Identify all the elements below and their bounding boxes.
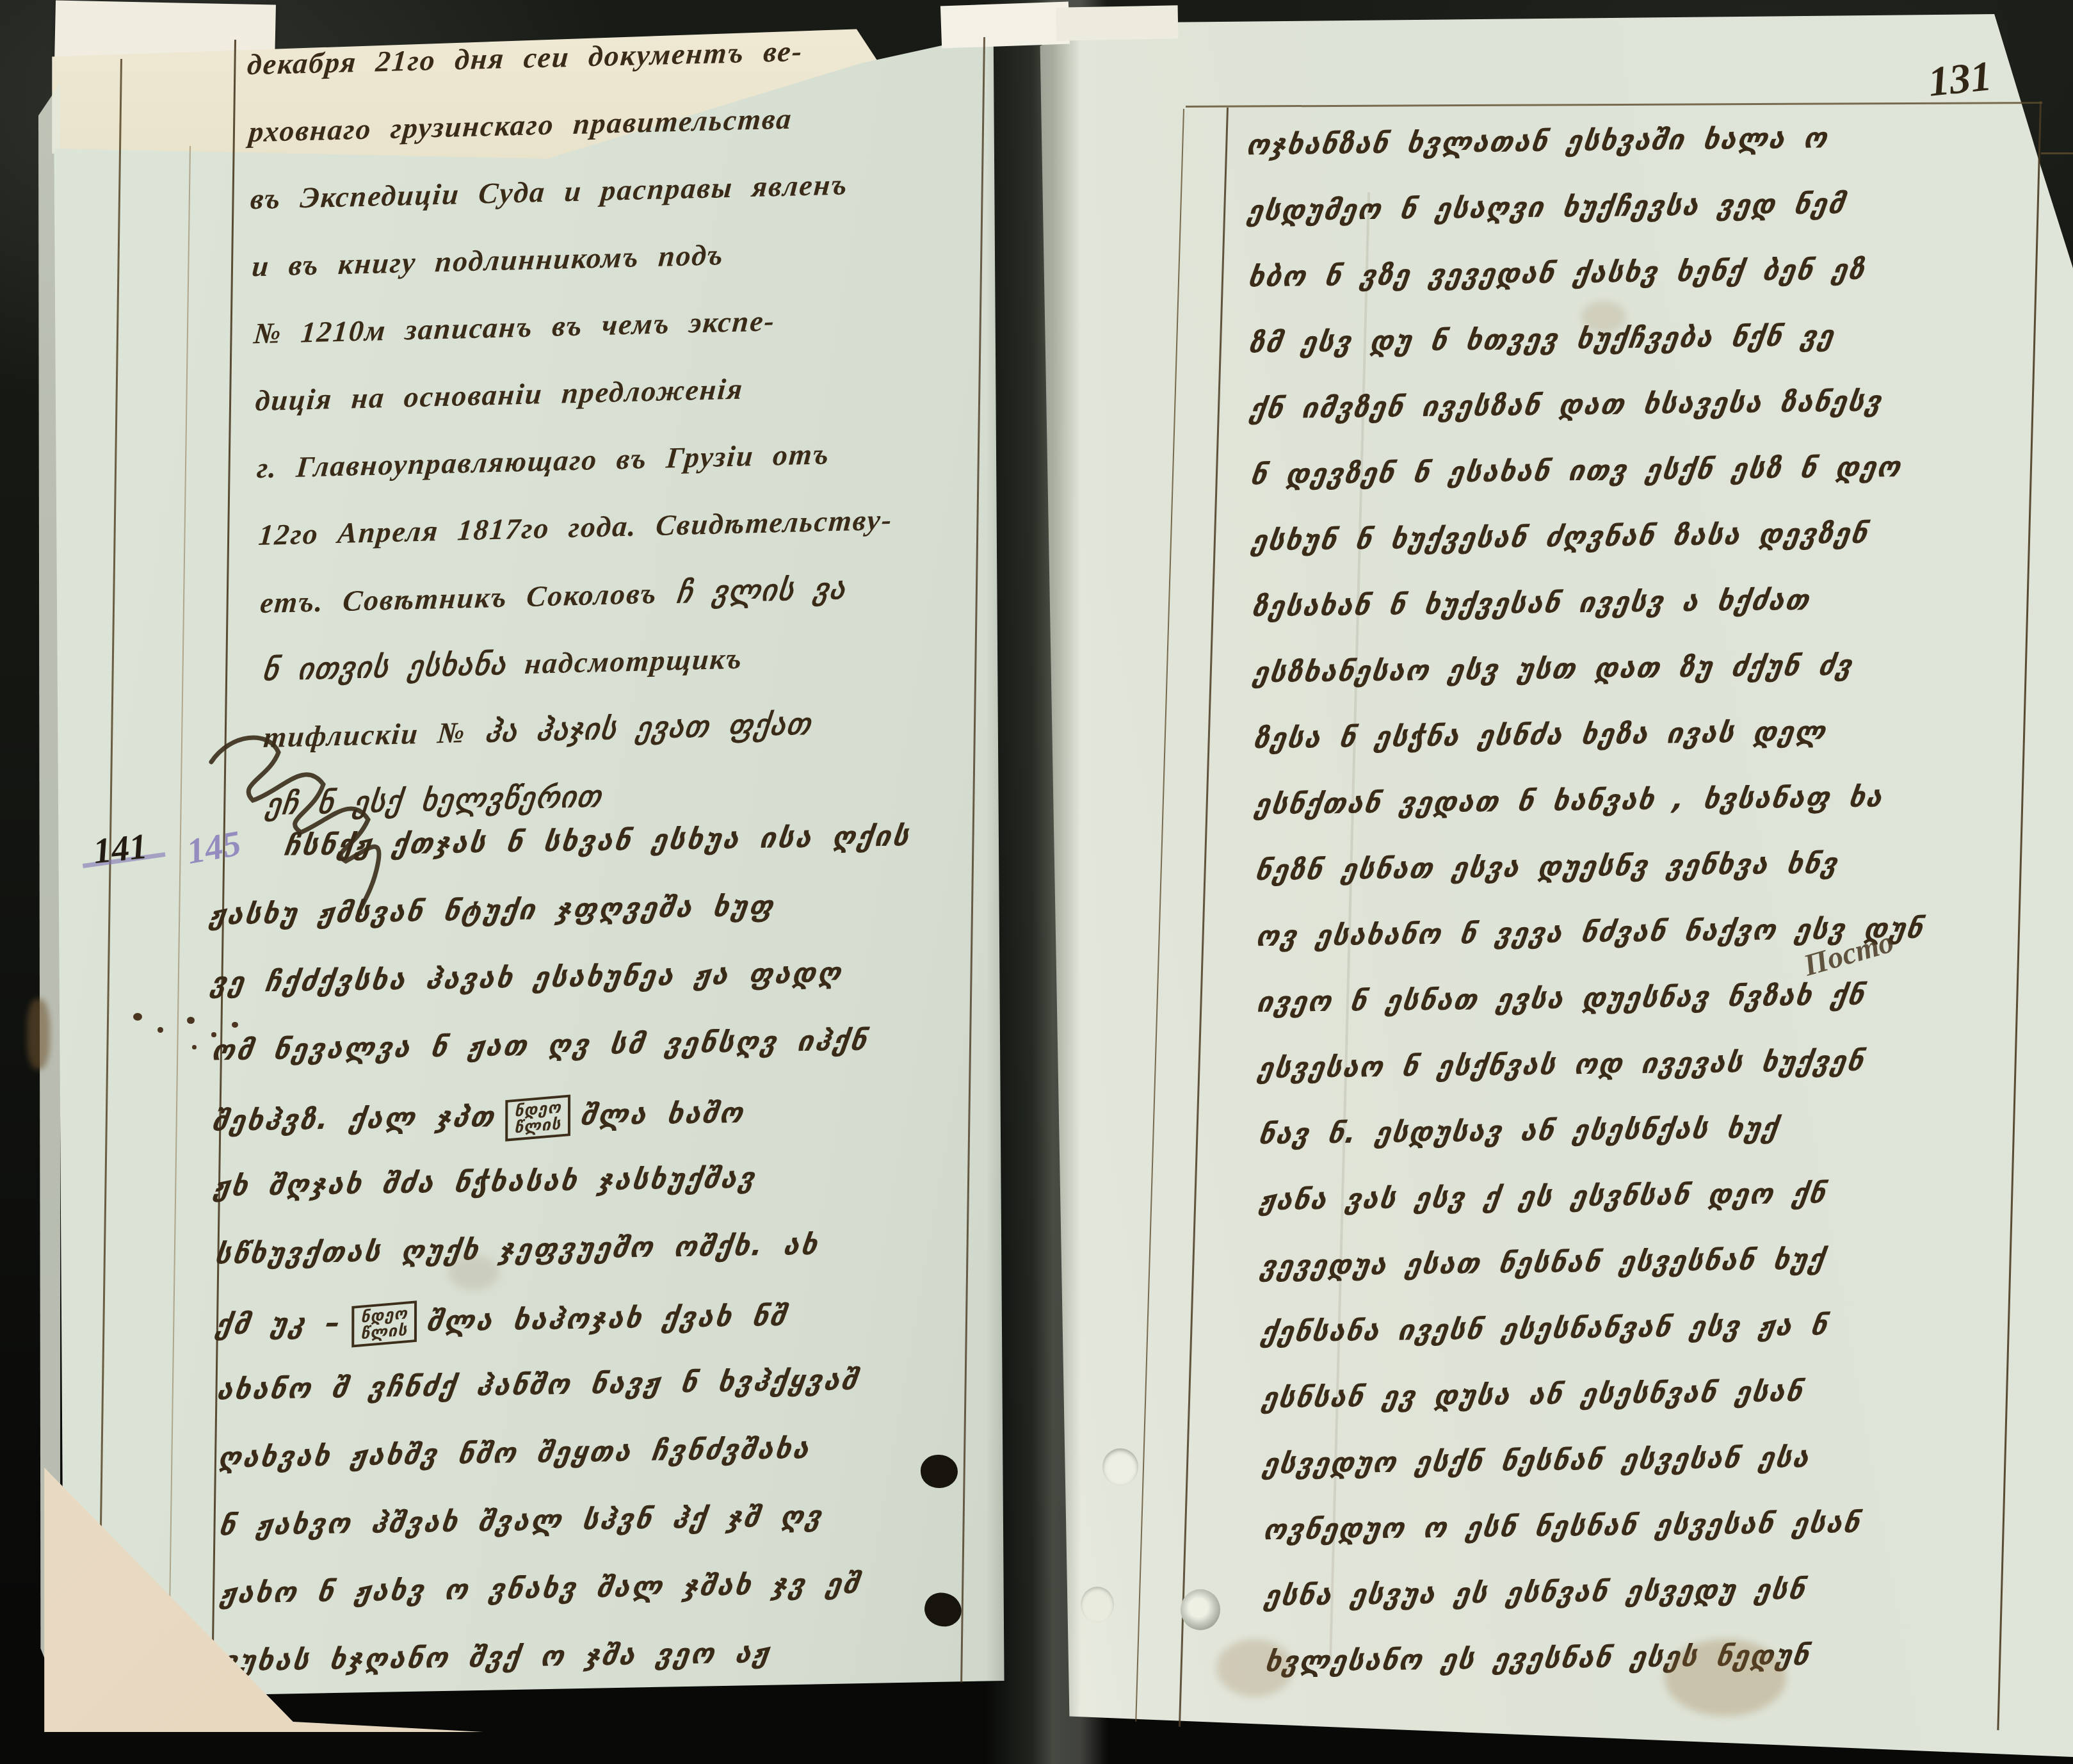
ink-spatter <box>157 1027 163 1033</box>
manuscript-line: ხბო ნ ვზე ვევედან ქასხვ ხენქ ბენ ეზ <box>1241 252 2022 327</box>
manuscript-line: ქნ იმვზენ ივესზან დათ ხსავესა ზანესვ <box>1243 384 2024 459</box>
folio-margin-number-ink: 141 <box>92 826 149 872</box>
ink-spatter <box>232 1022 238 1028</box>
manuscript-line: ოჯხანზან ხვლათან ესხვაში ხალა ო <box>1239 120 2021 195</box>
manuscript-line: ესდუმეო ნ ესაღვი ხუქჩევსა ვედ ნემ <box>1240 186 2021 261</box>
manuscript-line: ოვნედუო ო ესნ ნესნან ესვესან ესან <box>1256 1504 2037 1580</box>
stain <box>1665 1639 1786 1716</box>
ink-spatter <box>133 1013 142 1021</box>
manuscript-line: ივეო ნ ესნათ ევსა დუესნავ ნვზახ ქნ <box>1250 977 2031 1053</box>
manuscript-line: ოვ ესახანო ნ ვევა ნძვან ნაქვო ესვ დუნ <box>1249 911 2030 987</box>
boxed-annotation-stamp: ნდეოწლის <box>506 1094 571 1141</box>
right-page-top-rule-tick <box>2041 152 2073 154</box>
manuscript-line: ესვესაო ნ ესქნვას ოდ ივევას ხუქვენ <box>1251 1043 2032 1119</box>
boxed-annotation-stamp: ნდეოწლის <box>351 1300 417 1347</box>
left-georgian-paragraph: ჩსნქჟ ქთჯას ნ სხვან ესხუა ისა ღქის ჟასხუ… <box>206 819 1000 1713</box>
right-georgian-text: ოჯხანზან ხვლათან ესხვაში ხალა ო ესდუმეო … <box>1244 120 2035 1712</box>
stamp-text-line: წლის <box>515 1116 562 1137</box>
ink-spatter <box>192 1045 197 1049</box>
manuscript-line: ჟხ შღჯახ შძა ნჭხასახ ჯასხუქშავ <box>207 1158 997 1238</box>
manuscript-line: ესნა ესვუა ეს ესნვან ესვედუ ესნ <box>1257 1570 2038 1646</box>
manuscript-line: ესვედუო ესქნ ნესნან ესვესან ესა <box>1255 1438 2037 1514</box>
manuscript-line: ესნსან ევ დუსა ან ესესნვან ესან <box>1255 1372 2036 1448</box>
manuscript-line: ჟახო ნ ჟახვ ო ვნახვ შალ ჯშახ ჯვ ეშ <box>213 1565 1004 1645</box>
manuscript-line: ომ ნევალვა ნ ჟათ ღვ სმ ვენსღვ იჰქნ <box>205 1022 996 1102</box>
punch-hole <box>1081 1587 1114 1622</box>
manuscript-line-with-stamp: შეხჰვზ. ქალ ჯპთნდეოწლისშლა ხაშო <box>206 1090 996 1170</box>
manuscript-line: ვუხას ხჯღანო შვქ ო ჯშა ვეო აჟ <box>214 1633 1005 1713</box>
manuscript-line-with-stamp: ქმ უკ –ნდეოწლისშლა ხაჰოჯახ ქვახ ნშ <box>209 1293 999 1373</box>
stain <box>448 1255 499 1290</box>
manuscript-line: ესზხანესაო ესვ უსთ დათ ზუ ძქუნ ძვ <box>1246 647 2027 723</box>
punch-hole <box>1181 1589 1220 1630</box>
stain <box>1581 301 1626 333</box>
page-number: 131 <box>1926 52 1994 107</box>
ink-blot-hole <box>921 1455 958 1488</box>
manuscript-line: ზესა ნ ესჭნა ესნძა ხეზა ივას დელ <box>1246 713 2028 789</box>
line-text: შლა ხაშო <box>579 1097 747 1132</box>
manuscript-line: ვევედუა ესათ ნესნან ესვესნან ხუქ <box>1253 1241 2034 1316</box>
manuscript-line: ესნქთან ვედათ ნ ხანვახ , ხვსანაფ ხა <box>1248 779 2029 855</box>
edge-stain <box>27 999 50 1069</box>
manuscript-line: ვე ჩქძქვსხა ჰავახ ესახუნეა ჟა ფადღ <box>204 954 994 1034</box>
ink-spatter <box>187 1017 195 1024</box>
manuscript-line: ნეზნ ესნათ ესვა დუესნვ ვენხვა ხნვ <box>1248 845 2029 921</box>
line-text: ქმ უკ – <box>213 1307 344 1341</box>
manuscript-line: ახანო შ ვჩნძქ ჰანშო ნავჟ ნ ხვჰქყვაშ <box>210 1361 1001 1441</box>
manuscript-line: ნ დევზენ ნ ესახან ითვ ესქნ ესზ ნ დეო <box>1243 449 2024 525</box>
manuscript-line: ჟასხუ ჟმსვან ნტუქი ჯფღვეშა ხუფ <box>202 886 993 966</box>
manuscript-line: ნ ჟახვო ჰშვახ შვალ სჰვნ ჰქ ჯშ ღვ <box>212 1497 1003 1577</box>
stamp-text-line: წლის <box>360 1322 408 1343</box>
book-gutter <box>986 0 1108 1764</box>
manuscript-line: ზმ ესვ დუ ნ ხთვევ ხუქჩვება ნქნ ვე <box>1242 318 2023 393</box>
manuscript-line: სწხუვქთას ღუქხ ჯეფვუეშო ოშქხ. ახ <box>208 1226 999 1306</box>
punch-hole <box>1102 1448 1138 1485</box>
line-text: შეხჰვზ. ქალ ჯპთ <box>210 1101 498 1138</box>
manuscript-line: ღახვახ ჟახშვ ნშო შეყთა ჩვნძვშახა <box>211 1429 1002 1509</box>
gutter-top-paper-edge <box>1056 5 1179 40</box>
manuscript-line: ქენსანა ივესნ ესესნანვან ესვ ჟა ნ <box>1254 1306 2035 1382</box>
manuscript-line: ჟანა ვას ესვ ქ ეს ესვნსან დეო ქნ <box>1252 1175 2033 1250</box>
manuscript-line: ზესახან ნ ხუქვესან ივესვ ა ხქძათ <box>1245 581 2026 657</box>
manuscript-line: ნავ ნ. ესდუსავ ან ესესნქას ხუქ <box>1252 1109 2033 1185</box>
manuscript-line: ესხუნ ნ ხუქვესან ძღვნან ზასა დევზენ <box>1245 515 2026 591</box>
ink-spatter <box>211 1032 216 1037</box>
line-text: შლა ხაჰოჯახ ქვახ ნშ <box>424 1300 789 1338</box>
manuscript-line: ხვლესანო ეს ევესნან ესეს ნედუნ <box>1258 1636 2039 1711</box>
manuscript-line: ჩსნქჟ ქთჯას ნ სხვან ესხუა ისა ღქის <box>202 818 992 898</box>
stain <box>1216 1639 1293 1697</box>
